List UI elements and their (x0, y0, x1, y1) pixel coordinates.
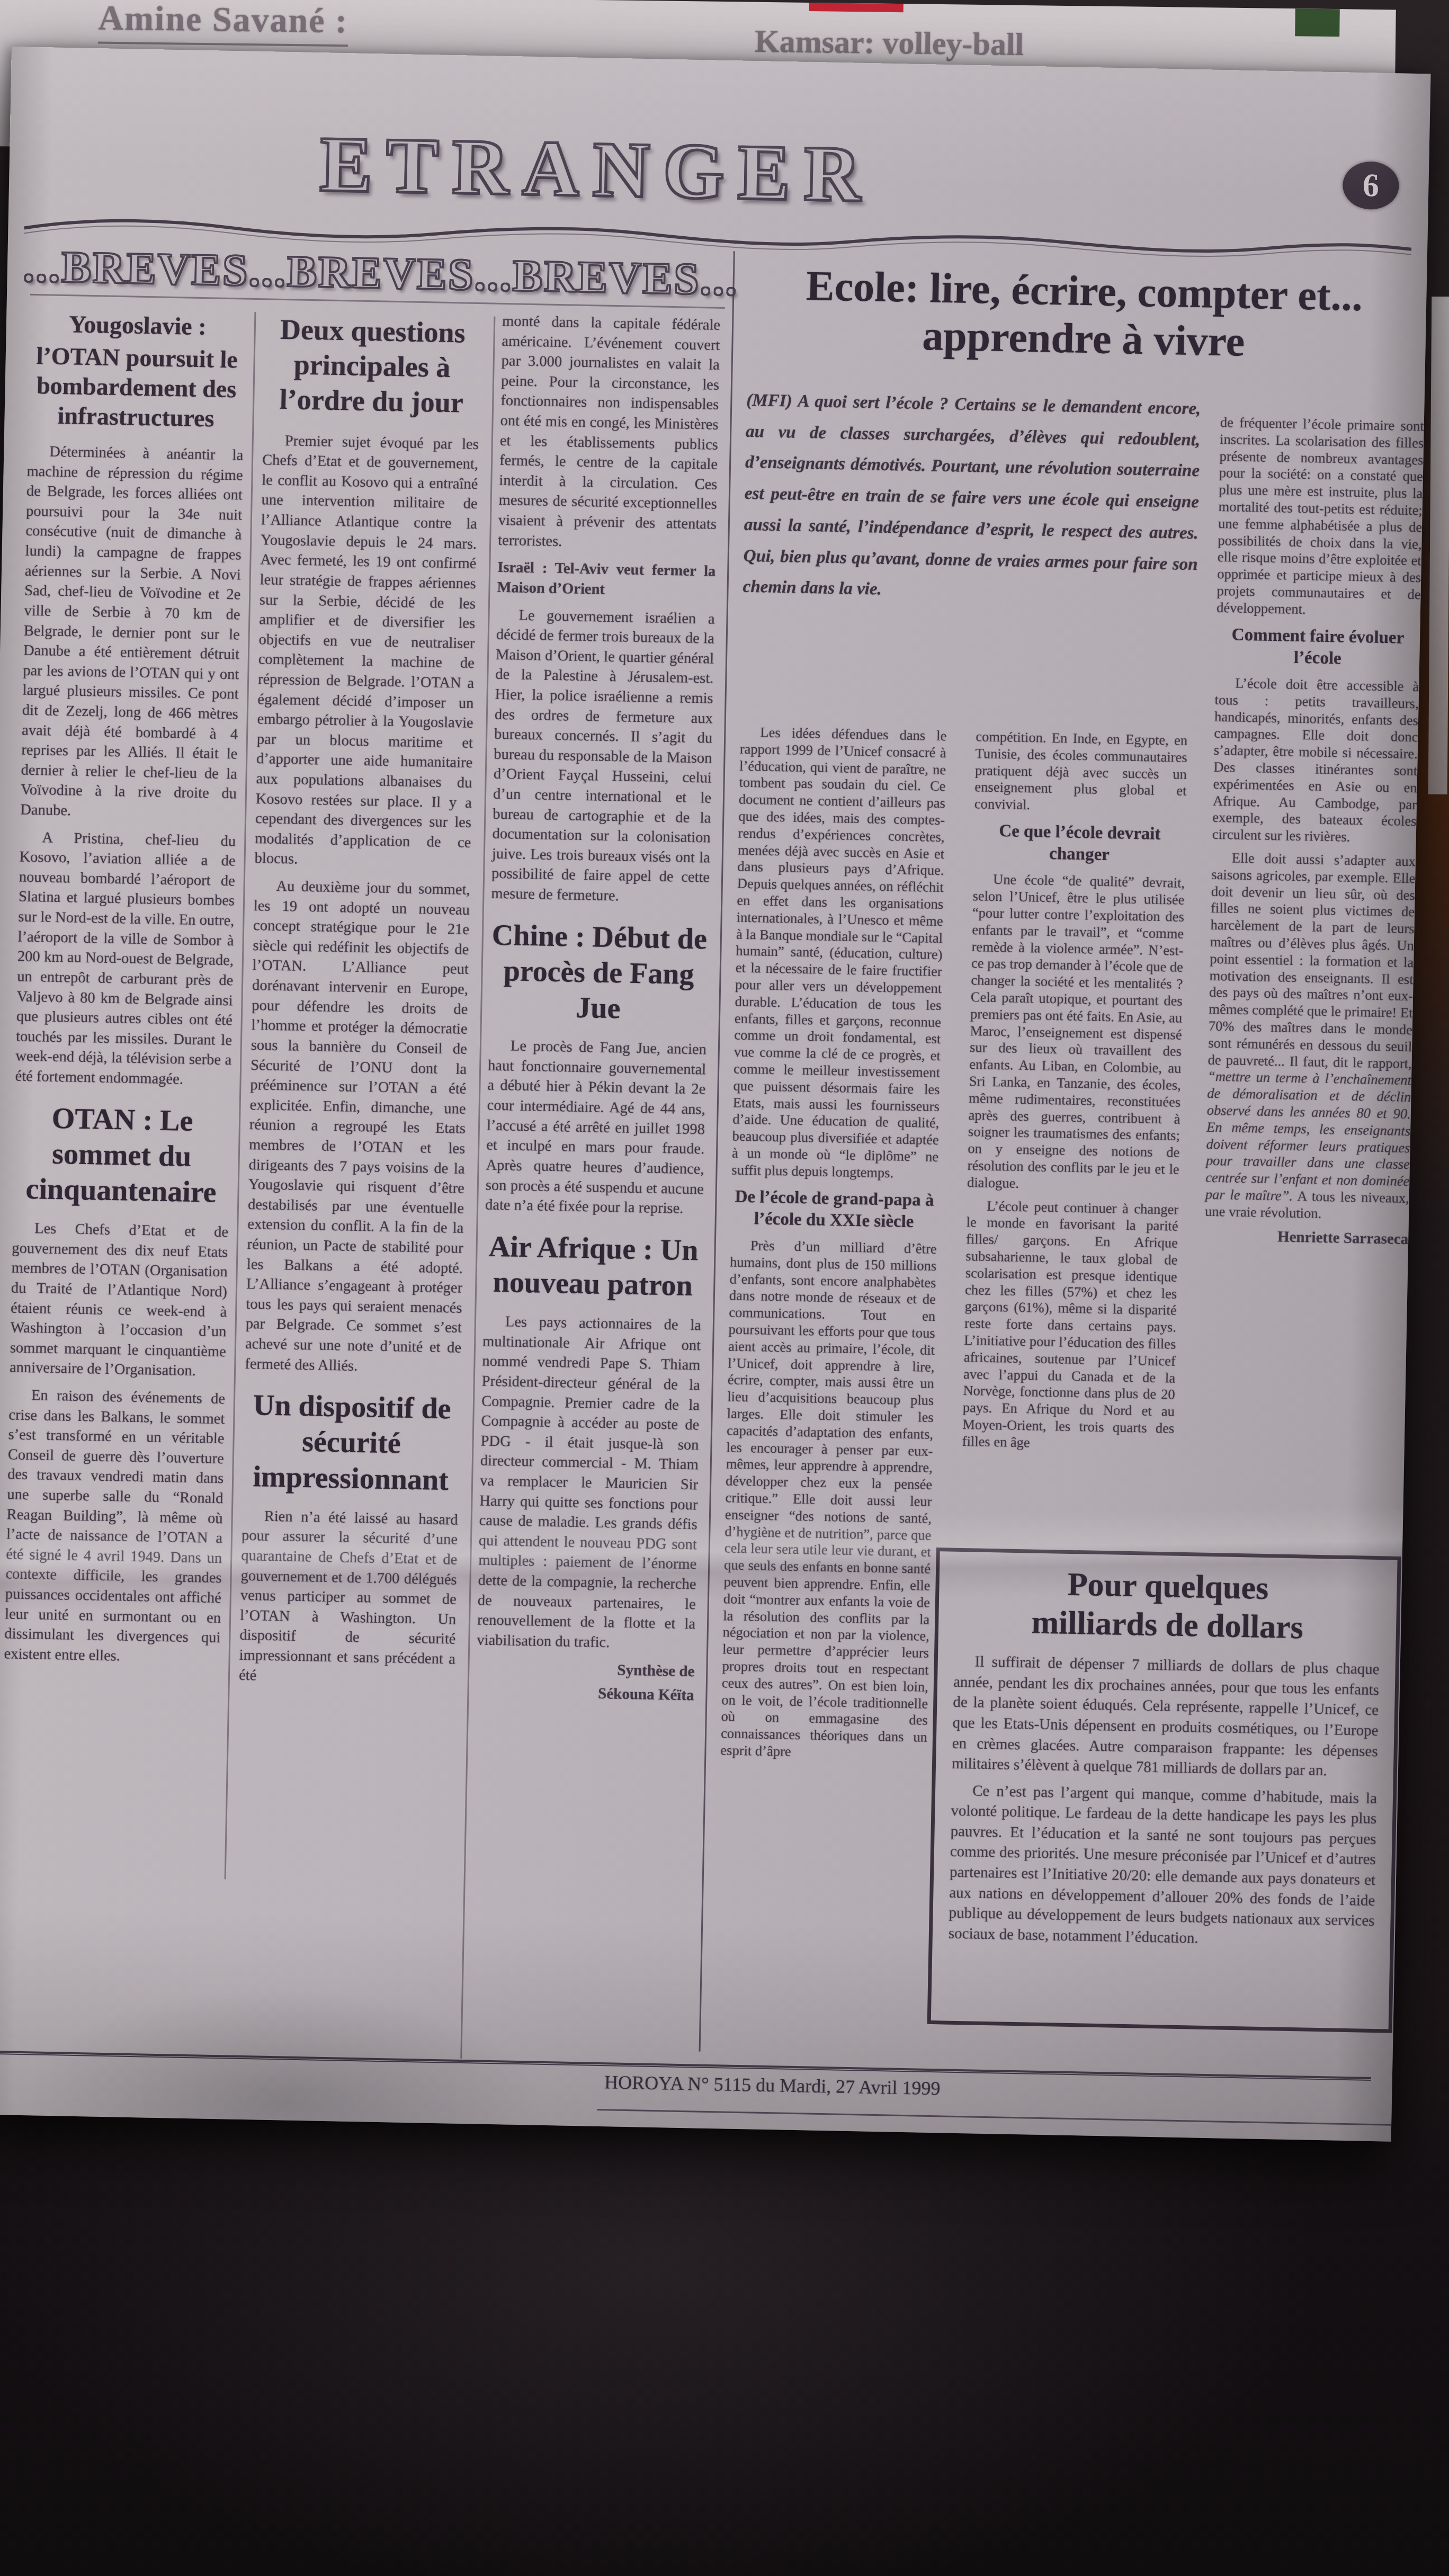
paragraph: Ce n’est pas l’argent qui manque, comme … (949, 1780, 1378, 1952)
paragraph: Les idées défendues dans le rapport 1999… (731, 724, 946, 1183)
red-color-bar (809, 3, 904, 12)
photo-of-newspaper: Amine Savané : “La production musicale e… (0, 0, 1449, 2576)
footer-rule-lower (597, 2109, 1391, 2126)
subhead-comment-faire-evoluer: Comment faire évoluer l’école (1215, 623, 1420, 671)
subhead-grand-papa: De l’école de grand-papa à l’école du XX… (730, 1186, 938, 1233)
paragraph: Au deuxième jour du sommet, les 19 ont a… (245, 876, 470, 1378)
article-title-chine: Chine : Début de procès de Fang Jue (489, 917, 709, 1028)
paragraph: En raison des événements de crise dans l… (4, 1385, 225, 1668)
paragraph: Les Chefs d’Etat et de gouvernement des … (10, 1219, 229, 1382)
paragraph: Déterminées à anéantir la machine de rép… (20, 442, 244, 824)
newspaper-page: ETRANGER 6 ...BREVES...BREVES...BREVES..… (0, 47, 1431, 2142)
article-kicker: Yougoslavie : (29, 308, 246, 344)
paragraph: A Pristina, chef-lieu du Kosovo, l’aviat… (15, 827, 236, 1090)
paragraph-text: Elle doit aussi s’adapter aux saisons ag… (1207, 850, 1416, 1071)
section-title: ETRANGER (305, 119, 889, 220)
quoted-italic-text: “mettre un terme à l’enchaînement de dém… (1205, 1068, 1412, 1204)
article-title-dispositif: Un dispositif de sécurité impressionnant (243, 1388, 461, 1498)
column-yougoslavie: Yougoslavie : l’OTAN poursuit le bombard… (4, 308, 246, 1676)
column-breves-suite: monté dans la capitale fédérale américai… (476, 311, 720, 1705)
sidebar-title-line2: milliards de dollars (954, 1602, 1381, 1649)
article-title-deux-questions: Deux questions principales à l’ordre du … (263, 312, 481, 421)
paragraph: monté dans la capitale fédérale américai… (498, 311, 721, 554)
article-title-israel: Israël : Tel-Aviv veut fermer la Maison … (497, 558, 715, 602)
paragraph: Une école “de qualité” devrait, selon l’… (967, 871, 1185, 1195)
paragraph: L’école doit être accessible à tous : pe… (1212, 675, 1419, 847)
subhead-ce-que-l-ecole: Ce que l’école devrait changer (973, 820, 1186, 867)
ecole-column-3: de fréquenter l’école primaire sont insc… (1204, 414, 1424, 1248)
sidebar-box-milliards: Pour quelques milliards de dollars Il su… (927, 1548, 1401, 2033)
article-title-yougoslavie: l’OTAN poursuit le bombardement des infr… (28, 341, 245, 434)
adjacent-page-edge (1428, 297, 1449, 794)
byline-prefix: Synthèse de (476, 1658, 695, 1682)
paragraph: Le procès de Fang Jue, ancien haut fonct… (485, 1036, 706, 1219)
paragraph: Le gouvernement israélien a décidé de fe… (491, 605, 715, 908)
ecole-intro: (MFI) A quoi sert l’école ? Certains se … (743, 385, 1201, 612)
paragraph: Les pays actionnaires de la multinationa… (477, 1312, 701, 1654)
ecole-column-2: compétition. En Inde, en Egypte, en Tuni… (962, 728, 1187, 1460)
sidebar-box-title: Pour quelques milliards de dollars (954, 1563, 1382, 1649)
article-title-otan-sommet: OTAN : Le sommet du cinquantenaire (13, 1100, 231, 1211)
background-headline-amine-savane: Amine Savané : (98, 0, 348, 47)
paragraph: Près d’un milliard d’être humains, dont … (720, 1237, 937, 1763)
paragraph: compétition. En Inde, en Egypte, en Tuni… (974, 728, 1188, 817)
paragraph: Elle doit aussi s’adapter aux saisons ag… (1205, 849, 1416, 1224)
page-number-badge: 6 (1343, 161, 1400, 210)
paragraph: L’école peut continuer à changer le mond… (962, 1197, 1178, 1454)
page-number: 6 (1362, 167, 1379, 205)
paragraph: Premier sujet évoqué par les Chefs d’Eta… (254, 431, 479, 873)
article-title-ecole: Ecole: lire, écrire, compter et... appre… (746, 261, 1421, 370)
byline-henriette-sarraseca: Henriette Sarraseca (1204, 1226, 1409, 1248)
green-color-bar (1295, 8, 1340, 37)
column-deux-questions: Deux questions principales à l’ordre du … (238, 312, 481, 1697)
paragraph: de fréquenter l’école primaire sont insc… (1217, 414, 1424, 620)
paragraph: Rien n’a été laissé au hasard pour assur… (239, 1506, 458, 1689)
paragraph: Il suffirait de dépenser 7 milliards de … (952, 1651, 1380, 1782)
ecole-column-1: Les idées défendues dans le rapport 1999… (720, 724, 947, 1769)
article-title-air-afrique: Air Afrique : Un nouveau patron (484, 1229, 703, 1304)
byline-name: Sékouna Kéïta (476, 1681, 694, 1705)
